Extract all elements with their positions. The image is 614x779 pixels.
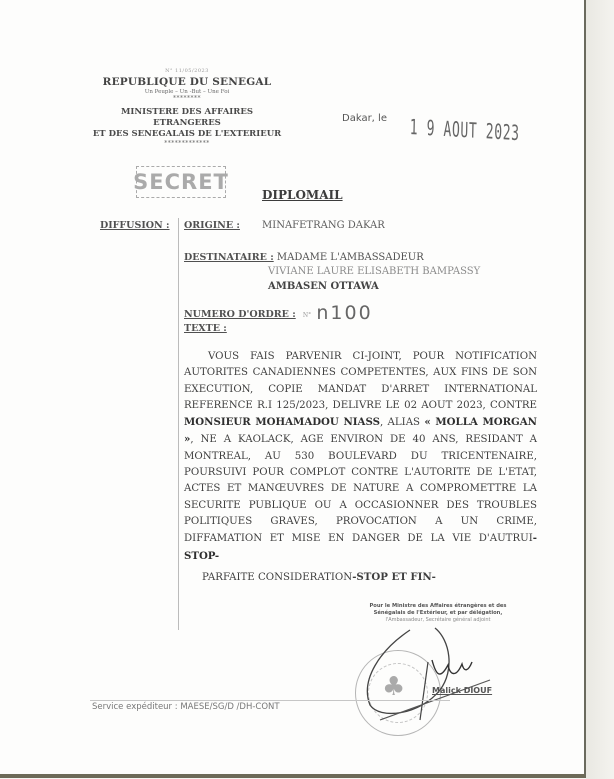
secret-stamp: SECRET: [136, 166, 226, 198]
message-body: VOUS FAIS PARVENIR CI-JOINT, POUR NOTIFI…: [184, 349, 537, 565]
signature-line-1: Pour le Ministre des Affaires étrangères…: [358, 603, 518, 610]
letterhead: N° 11/05/2023 REPUBLIQUE DU SENEGAL Un P…: [92, 68, 282, 148]
ministry-line-2: ET DES SENEGALAIS DE L'EXTERIEUR: [92, 129, 282, 140]
separator-stars: ********: [92, 95, 282, 103]
destinataire-line-2: VIVIANE LAURE ELISABETH BAMPASSY: [268, 266, 480, 277]
closing-line: PARFAITE CONSIDERATION-STOP ET FIN-: [202, 571, 436, 583]
diffusion-label: DIFFUSION :: [100, 220, 170, 231]
origine-value: MINAFETRANG DAKAR: [262, 220, 385, 231]
ministry-line-1: MINISTERE DES AFFAIRES ETRANGERES: [92, 107, 282, 129]
numero-value: n100: [316, 302, 372, 324]
date-label: Dakar, le: [342, 113, 387, 124]
destinataire-line-3: AMBASEN OTTAWA: [268, 281, 379, 292]
body-text-3: , NE A KAOLACK, AGE ENVIRON DE 40 ANS, R…: [184, 434, 537, 544]
closing-text: PARFAITE CONSIDERATION: [202, 572, 352, 583]
document-title: DIPLOMAIL: [262, 188, 343, 202]
reference-number: N° 11/05/2023: [92, 68, 282, 76]
destinataire-label: DESTINATAIRE :: [184, 252, 274, 263]
divider-line: [178, 218, 179, 630]
closing-stop: -STOP ET FIN-: [352, 571, 436, 583]
numero-label: NUMERO D'ORDRE :: [184, 309, 296, 320]
body-text-1: VOUS FAIS PARVENIR CI-JOINT, POUR NOTIFI…: [184, 351, 537, 411]
signature-line-2: Sénégalais de l'Extérieur, et par déléga…: [358, 610, 518, 617]
numero-prefix: N°: [303, 312, 311, 319]
subject-name: MONSIEUR MOHAMADOU NIASS: [184, 416, 380, 428]
republic-name: REPUBLIQUE DU SENEGAL: [92, 76, 282, 88]
body-text-2: , ALIAS: [380, 417, 424, 428]
destinataire-field: DESTINATAIRE : MADAME L'AMBASSADEUR: [184, 252, 424, 263]
numero-field: NUMERO D'ORDRE : N° n100: [184, 302, 373, 324]
origine-label: ORIGINE :: [184, 220, 240, 231]
texte-label: TEXTE :: [184, 323, 227, 334]
signer-name: Malick DIOUF: [432, 686, 492, 695]
handwritten-signature: [340, 620, 500, 730]
footer-rule: [90, 700, 450, 701]
separator-stars-long: *************: [92, 140, 282, 148]
sending-service: Service expéditeur : MAESE/SG/D /DH-CONT: [92, 702, 280, 712]
origine-field: ORIGINE :: [184, 220, 240, 231]
destinataire-line-1: MADAME L'AMBASSADEUR: [277, 252, 424, 263]
scan-edge: [586, 0, 614, 779]
